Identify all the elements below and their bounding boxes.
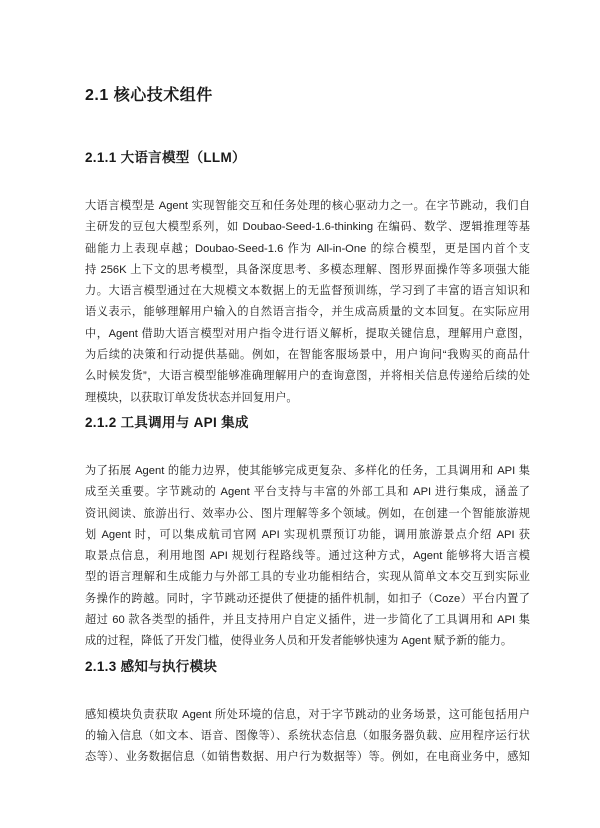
subsection-heading-llm: 2.1.1 大语言模型（LLM） (85, 150, 530, 166)
text-line: 础能力上表现卓越；Doubao-Seed-1.6 作为 All-in-One 的… (85, 239, 530, 260)
subsection-heading-perception-execution: 2.1.3 感知与执行模块 (85, 659, 530, 675)
text-line: 取景点信息，利用地图 API 规划行程路线等。通过这种方式，Agent 能够将大… (85, 546, 530, 567)
section-heading: 2.1 核心技术组件 (85, 86, 530, 106)
text-line: 语义表示，能够理解用户输入的自然语言指令，并生成高质量的文本回复。在实际应用 (85, 302, 530, 323)
text-line: 持 256K 上下文的思考模型，具备深度思考、多模态理解、图形界面操作等多项强大… (85, 260, 530, 281)
text-line: 超过 60 款各类型的插件，并且支持用户自定义插件，进一步简化了工具调用和 AP… (85, 610, 530, 631)
document-page: 2.1 核心技术组件 2.1.1 大语言模型（LLM） 大语言模型是 Agent… (0, 0, 600, 828)
text-line: 为后续的决策和行动提供基础。例如，在智能客服场景中，用户询问“我购买的商品什 (85, 345, 530, 366)
subsection-tool-api: 2.1.2 工具调用与 API 集成 为了拓展 Agent 的能力边界，使其能够… (85, 415, 530, 653)
text-line: 的输入信息（如文本、语音、图像等）、系统状态信息（如服务器负载、应用程序运行状 (85, 726, 530, 747)
text-line: 成至关重要。字节跳动的 Agent 平台支持与丰富的外部工具和 API 进行集成… (85, 482, 530, 503)
text-line: 资讯阅读、旅游出行、效率办公、图片理解等多个领域。例如，在创建一个智能旅游规 (85, 504, 530, 525)
text-line: 务操作的跨越。同时，字节跳动还提供了便捷的插件机制，如扣子（Coze）平台内置了 (85, 589, 530, 610)
text-line: 理模块，以获取订单发货状态并回复用户。 (85, 388, 530, 409)
paragraph-perception-execution: 感知模块负责获取 Agent 所处环境的信息，对于字节跳动的业务场景，这可能包括… (85, 705, 530, 769)
subsection-heading-tool-api: 2.1.2 工具调用与 API 集成 (85, 415, 530, 431)
text-line: 态等）、业务数据信息（如销售数据、用户行为数据等）等。例如，在电商业务中，感知 (85, 747, 530, 768)
text-line: 中，Agent 借助大语言模型对用户指令进行语义解析，提取关键信息，理解用户意图… (85, 324, 530, 345)
text-line: 大语言模型是 Agent 实现智能交互和任务处理的核心驱动力之一。在字节跳动，我… (85, 196, 530, 217)
subsection-llm: 2.1.1 大语言模型（LLM） 大语言模型是 Agent 实现智能交互和任务处… (85, 150, 530, 409)
text-line: 型的语言理解和生成能力与外部工具的专业功能相结合，实现从简单文本交互到实际业 (85, 567, 530, 588)
text-line: 主研发的豆包大模型系列，如 Doubao-Seed-1.6-thinking 在… (85, 217, 530, 238)
text-line: 力。大语言模型通过在大规模文本数据上的无监督预训练，学习到了丰富的语言知识和 (85, 281, 530, 302)
paragraph-tool-api: 为了拓展 Agent 的能力边界，使其能够完成更复杂、多样化的任务，工具调用和 … (85, 461, 530, 653)
text-line: 成的过程，降低了开发门槛，使得业务人员和开发者能够快速为 Agent 赋予新的能… (85, 631, 530, 652)
text-line: 为了拓展 Agent 的能力边界，使其能够完成更复杂、多样化的任务，工具调用和 … (85, 461, 530, 482)
subsection-perception-execution: 2.1.3 感知与执行模块 感知模块负责获取 Agent 所处环境的信息，对于字… (85, 659, 530, 769)
paragraph-llm: 大语言模型是 Agent 实现智能交互和任务处理的核心驱动力之一。在字节跳动，我… (85, 196, 530, 409)
text-line: 感知模块负责获取 Agent 所处环境的信息，对于字节跳动的业务场景，这可能包括… (85, 705, 530, 726)
text-line: 么时候发货”，大语言模型能够准确理解用户的查询意图，并将相关信息传递给后续的处 (85, 366, 530, 387)
text-line: 划 Agent 时，可以集成航司官网 API 实现机票预订功能，调用旅游景点介绍… (85, 525, 530, 546)
